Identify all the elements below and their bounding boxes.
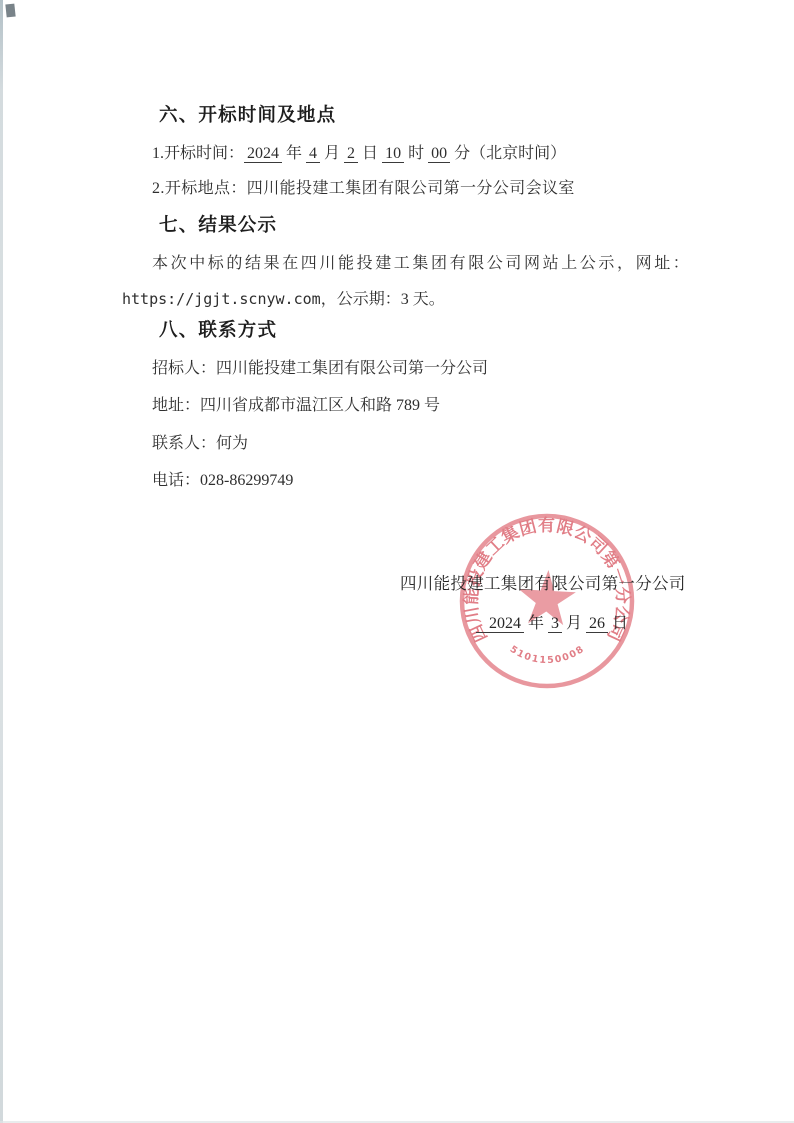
time-day: 2 xyxy=(344,145,358,163)
seal-svg: 四川能投建工集团有限公司第一分公司 5101150008145 xyxy=(452,506,642,696)
bid-opening-place-line: 2.开标地点：四川能投建工集团有限公司第一分公司会议室 xyxy=(152,175,575,198)
signature-date-line: 2024 年 3 月 26 日 xyxy=(476,610,628,633)
time-day-unit: 日 xyxy=(358,145,382,162)
scan-edge-artifact xyxy=(0,0,3,1123)
date-day-suffix: 日 xyxy=(608,615,628,632)
publicity-period: ，公示期：3 天。 xyxy=(321,291,445,308)
time-hour-unit: 时 xyxy=(404,145,428,162)
section-8-heading: 八、联系方式 xyxy=(159,316,277,342)
date-month: 3 xyxy=(548,615,562,633)
time-year: 2024 xyxy=(244,145,282,163)
date-year-unit: 年 xyxy=(524,615,548,632)
date-day: 26 xyxy=(586,615,608,633)
time-year-unit: 年 xyxy=(282,145,306,162)
scanned-document-page: 六、开标时间及地点 1.开标时间：2024 年 4 月 2 日 10 时 00 … xyxy=(0,0,794,1123)
time-month-unit: 月 xyxy=(320,145,344,162)
time-minute: 00 xyxy=(428,145,450,163)
time-month: 4 xyxy=(306,145,320,163)
tenderer-line: 招标人：四川能投建工集团有限公司第一分公司 xyxy=(152,355,488,378)
signature-company-line: 四川能投建工集团有限公司第一分公司 xyxy=(400,570,686,594)
scan-corner-mark xyxy=(5,4,15,18)
time-hour: 10 xyxy=(382,145,404,163)
publicity-url: https://jgjt.scnyw.com xyxy=(122,290,321,308)
date-year: 2024 xyxy=(476,615,524,633)
time-minute-suffix: 分（北京时间） xyxy=(450,145,566,162)
date-month-unit: 月 xyxy=(562,615,586,632)
official-seal-stamp: 四川能投建工集团有限公司第一分公司 5101150008145 xyxy=(452,506,642,696)
time-label: 1.开标时间： xyxy=(152,145,244,162)
section-6-heading: 六、开标时间及地点 xyxy=(159,101,336,127)
bid-opening-time-line: 1.开标时间：2024 年 4 月 2 日 10 时 00 分（北京时间） xyxy=(152,140,566,163)
result-publicity-line-2: https://jgjt.scnyw.com，公示期：3 天。 xyxy=(122,286,445,309)
contact-person-line: 联系人：何为 xyxy=(152,430,248,453)
result-publicity-line-1: 本次中标的结果在四川能投建工集团有限公司网站上公示，网址： xyxy=(152,250,691,273)
section-7-heading: 七、结果公示 xyxy=(159,211,277,237)
address-line: 地址：四川省成都市温江区人和路 789 号 xyxy=(152,392,440,415)
phone-line: 电话：028-86299749 xyxy=(152,467,293,490)
